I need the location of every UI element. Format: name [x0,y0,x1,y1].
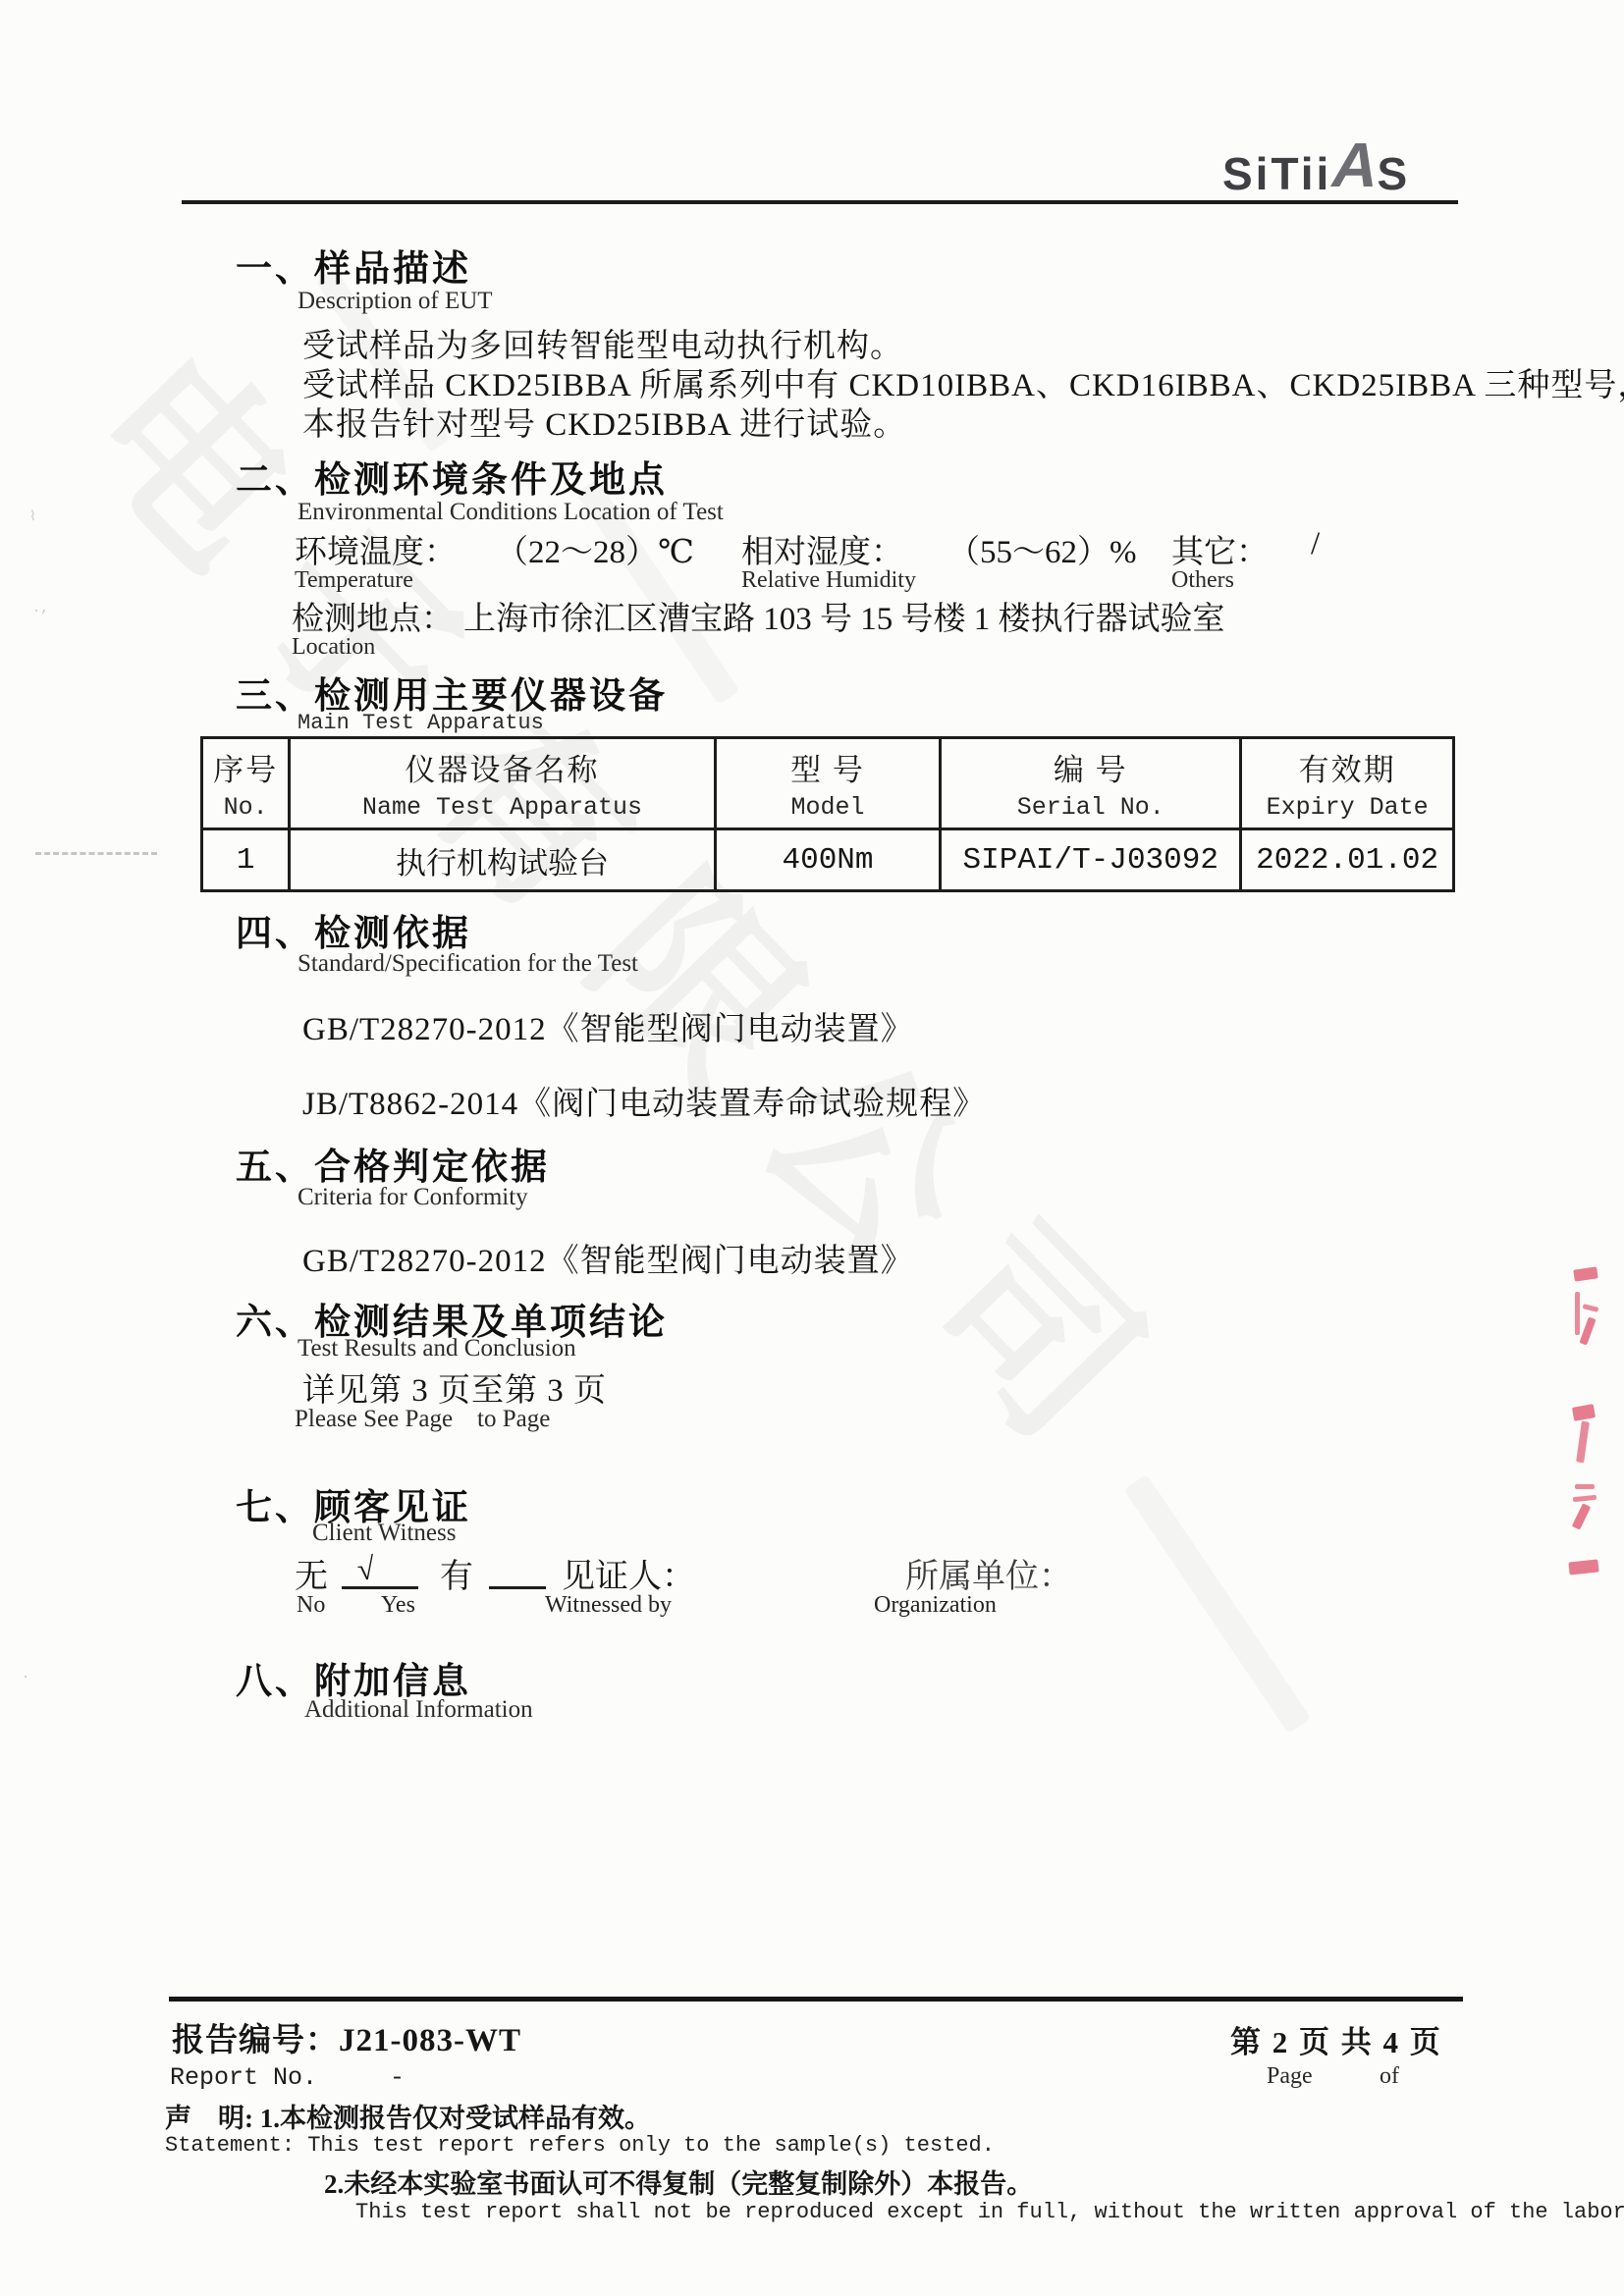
humidity-value: （55～62）% [947,526,1137,572]
cell-model: 400Nm [715,829,941,891]
statement-label-zh: 声 明: [165,2104,260,2133]
statement-line1-en: Statement: This test report refers only … [165,2133,995,2158]
section6-subtitle: Test Results and Conclusion [298,1335,576,1362]
statement-line2-en: This test report shall not be reproduced… [355,2200,1624,2224]
logo-text-part3: S [1378,151,1408,196]
stamp-fragment-glyph3b [1573,1495,1597,1502]
section7-number: 七、 [236,1488,314,1528]
col-header-serial-en: Serial No. [942,793,1239,822]
scan-speck: . [22,1667,29,1682]
col-header-no-zh: 序号 [203,745,288,789]
witness-no-sublabel: No [297,1592,325,1619]
section1-subtitle: Description of EUT [298,288,493,315]
location-sublabel: Location [292,634,375,661]
section2-subtitle: Environmental Conditions Location of Tes… [298,499,724,526]
statement1-zh: 1.本检测报告仅对受试样品有效。 [260,2104,651,2133]
section5-subtitle: Criteria for Conformity [298,1184,528,1211]
section4-title: 四、检测依据 [236,903,471,956]
footer-rule [169,1997,1463,2002]
col-header-serial-zh: 编 号 [942,745,1239,789]
stamp-fragment-glyph1c [1579,1316,1596,1345]
location-label: 检测地点： [292,593,454,639]
section5-title: 五、合格判定依据 [236,1137,550,1190]
stamp-fragment-bar1 [1573,1266,1597,1281]
statement-label-en: Statement: [165,2133,307,2158]
humidity-sublabel: Relative Humidity [741,567,916,594]
others-label: 其它： [1171,526,1269,572]
report-number-value: J21-083-WT [339,2023,521,2058]
results-page-ref-en: Please See Page to Page [295,1406,550,1433]
statement-line1-zh: 声 明: 1.本检测报告仅对受试样品有效。 [165,2097,651,2135]
location-sublabel-row: Location [295,634,1473,664]
criteria-line1: GB/T28270-2012《智能型阀门电动装置》 [302,1235,914,1281]
section8-subtitle: Additional Information [304,1696,533,1724]
section7-subtitle: Client Witness [312,1520,456,1547]
temperature-value: （22～28）℃ [496,526,694,572]
section2-number: 二、 [236,460,314,501]
standard-line2: JB/T8862-2014《阀门电动装置寿命试验规程》 [302,1078,986,1124]
stamp-fragment-glyph2 [1572,1404,1596,1421]
stamp-fragment-glyph1b [1583,1304,1599,1312]
scan-speck: ., [32,601,49,616]
witness-no-underline: √ [342,1549,418,1589]
page-of-label-en: of [1380,2063,1399,2090]
results-page-ref: 详见第 3 页至第 3 页 [302,1364,607,1411]
section4-title-text: 检测依据 [314,914,471,954]
cell-expiry: 2022.01.02 [1241,829,1454,891]
section4-number: 四、 [236,914,314,954]
scan-dash-artifact [35,852,157,855]
section1-title: 一、样品描述 [236,239,471,292]
apparatus-table-row: 1 执行机构试验台 400Nm SIPAI/T-J03092 2022.01.0… [202,829,1454,891]
report-number-sublabel: Report No.- [170,2063,405,2092]
location-value: 上海市徐汇区漕宝路 103 号 15 号楼 1 楼执行器试验室 [463,593,1225,639]
col-header-name: 仪器设备名称Name Test Apparatus [290,738,716,829]
environment-values-row: 环境温度： （22～28）℃ 相对湿度： （55～62）% 其它： / [295,526,1473,565]
checkmark: √ [355,1550,376,1588]
logo-text-part1: SiTii [1222,151,1331,196]
stamp-fragment-glyph1 [1575,1292,1580,1335]
cell-no: 1 [202,829,290,891]
report-no-en: Report No. [170,2063,317,2092]
stamp-fragment-glyph2b [1576,1421,1590,1464]
report-number-label: 报告编号： [172,2023,339,2058]
page-label-en: Page [1267,2063,1313,2090]
scan-speck: ⌇ [29,508,36,525]
witness-yes-label: 有 [440,1549,473,1597]
stamp-fragment-glyph3 [1575,1484,1595,1489]
col-header-model-zh: 型 号 [717,745,940,789]
apparatus-table-header-row: 序号No. 仪器设备名称Name Test Apparatus 型 号Model… [202,738,1454,829]
col-header-no-en: No. [203,793,288,822]
section2-title-text: 检测环境条件及地点 [314,460,668,501]
temperature-sublabel: Temperature [295,567,413,594]
temperature-label: 环境温度： [295,526,457,572]
witnessed-by-sublabel: Witnessed by [545,1592,672,1619]
witness-yes-underline [489,1549,546,1589]
witness-no-label: 无 [295,1549,328,1597]
header-rule [182,200,1458,204]
witness-row: 无 √ 有 见证人： 所属单位： [295,1549,1571,1594]
location-row: 检测地点： 上海市徐汇区漕宝路 103 号 15 号楼 1 楼执行器试验室 [295,593,1473,632]
witnessed-by-label: 见证人： [562,1549,695,1597]
cell-serial: SIPAI/T-J03092 [941,829,1241,891]
stamp-fragment-glyph3c [1572,1503,1591,1529]
statement-line2-zh: 2.未经本实验室书面认可不得复制（完整复制除外）本报告。 [324,2163,1033,2201]
page-number-zh: 第 2 页 共 4 页 [1230,2017,1442,2061]
section5-title-text: 合格判定依据 [314,1148,550,1188]
section5-number: 五、 [236,1148,314,1188]
scanned-test-report-page: 电子有限公司 ⌇ ., . SiTii A S 一、样品描述 Descripti… [0,0,1624,2296]
col-header-name-zh: 仪器设备名称 [291,745,714,789]
report-no-dash: - [390,2063,405,2092]
report-number-line: 报告编号：J21-083-WT [172,2014,521,2060]
col-header-expiry-en: Expiry Date [1242,793,1452,822]
humidity-label: 相对湿度： [741,526,903,572]
section2-title: 二、检测环境条件及地点 [236,450,668,503]
col-header-expiry: 有效期Expiry Date [1241,738,1454,829]
col-header-model-en: Model [717,793,940,822]
stamp-fragment-bar2 [1568,1559,1598,1575]
organization-sublabel: Organization [874,1592,997,1619]
col-header-model: 型 号Model [715,738,941,829]
apparatus-table: 序号No. 仪器设备名称Name Test Apparatus 型 号Model… [200,736,1455,892]
col-header-expiry-zh: 有效期 [1242,745,1452,789]
sample-desc-line3: 本报告针对型号 CKD25IBBA 进行试验。 [302,399,906,445]
standard-line1: GB/T28270-2012《智能型阀门电动装置》 [302,1003,914,1049]
others-sublabel: Others [1171,567,1234,594]
others-value: / [1311,526,1320,562]
statement1-en: This test report refers only to the samp… [307,2133,995,2158]
witness-sublabels: No Yes Witnessed by Organization [295,1592,1571,1622]
witness-yes-sublabel: Yes [381,1592,415,1619]
col-header-no: 序号No. [202,738,290,829]
section4-subtitle: Standard/Specification for the Test [298,950,638,978]
sitiias-logo: SiTii A S [1222,133,1407,196]
organization-label: 所属单位： [905,1549,1072,1597]
section1-number: 一、 [236,249,314,290]
section3-subtitle: Main Test Apparatus [298,711,544,735]
section1-title-text: 样品描述 [314,249,471,290]
col-header-serial: 编 号Serial No. [941,738,1241,829]
section8-number: 八、 [236,1662,314,1702]
col-header-name-en: Name Test Apparatus [291,793,714,822]
cell-name: 执行机构试验台 [290,829,716,891]
